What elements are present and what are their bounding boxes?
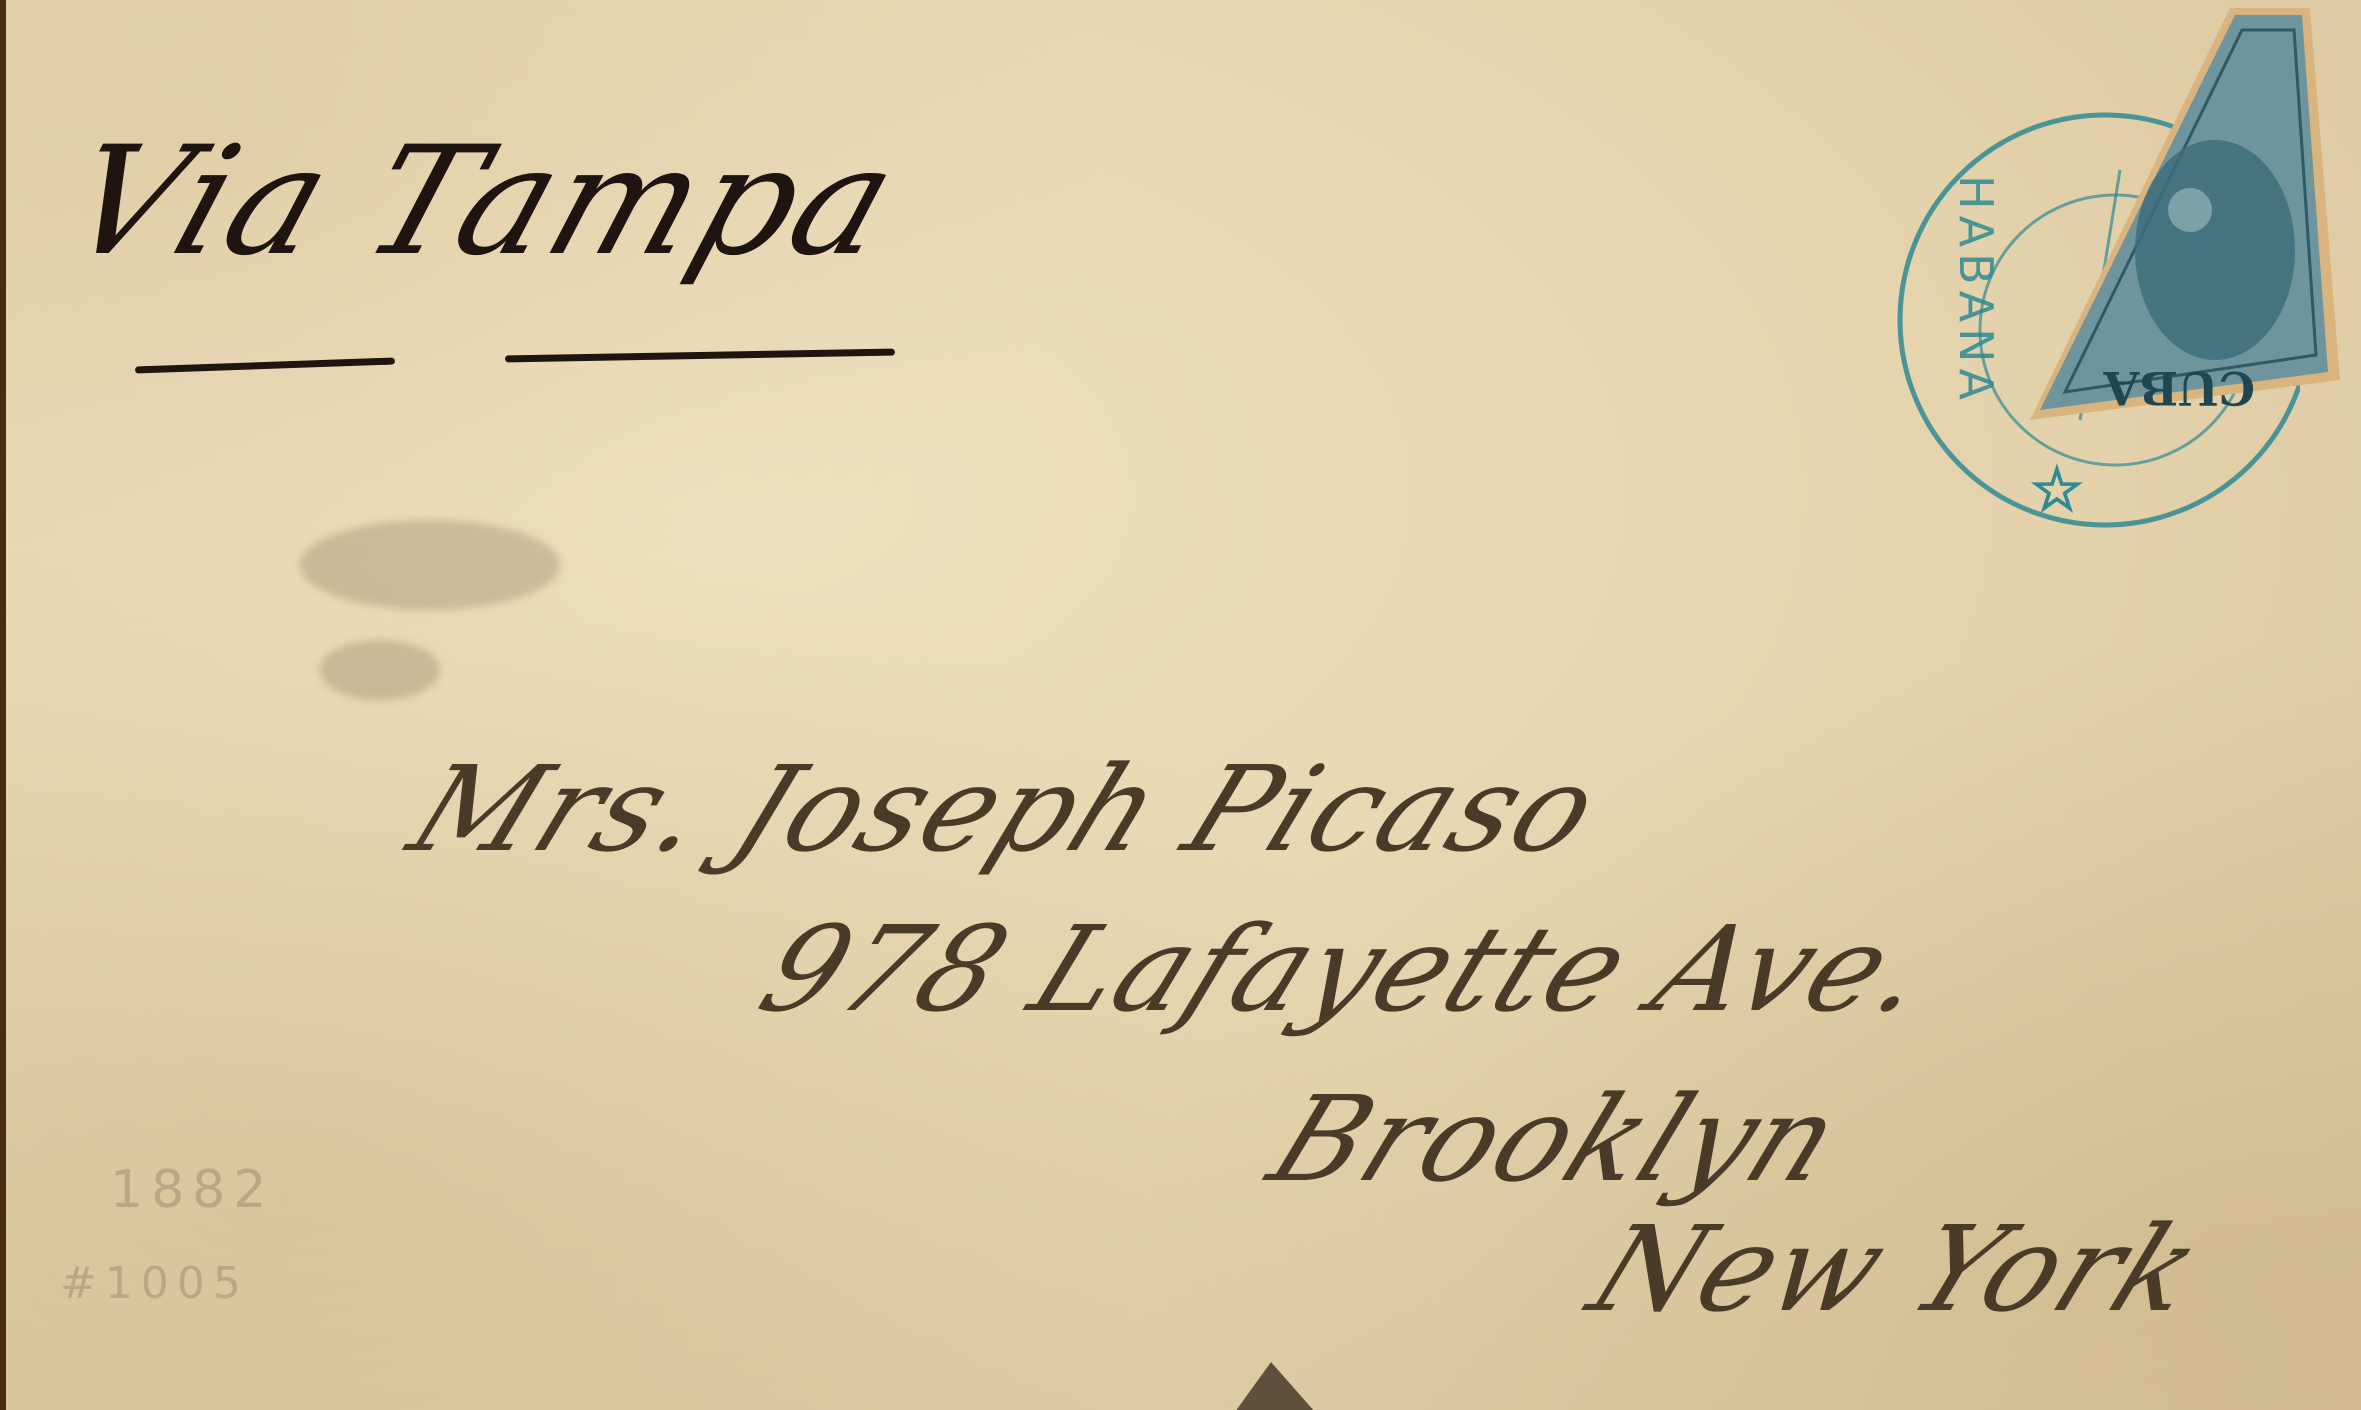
envelope-edge xyxy=(0,0,6,1410)
ink-smudge xyxy=(300,520,560,610)
routing-note: Via Tampa xyxy=(47,115,918,289)
address-line-city: Brooklyn xyxy=(1252,1070,1861,1208)
envelope: Via Tampa Mrs. Joseph Picaso 978 Lafayet… xyxy=(0,0,2361,1410)
cuba-bisected-stamp-icon: CUBA xyxy=(2010,0,2350,440)
pencil-note-year: 1882 xyxy=(110,1160,274,1220)
pencil-note-number: #1005 xyxy=(60,1258,249,1309)
ink-stain xyxy=(1235,1362,1315,1410)
ink-smudge xyxy=(320,640,440,700)
address-line-street: 978 Lafayette Ave. xyxy=(742,900,1952,1038)
routing-underline xyxy=(135,357,395,373)
postmark-city: HABANA xyxy=(1949,175,2003,406)
stamp-country: CUBA xyxy=(2102,361,2255,415)
address-line-name: Mrs. Joseph Picaso xyxy=(392,740,1620,878)
postmark-star: ☆ xyxy=(2030,455,2084,525)
routing-underline xyxy=(505,349,895,363)
address-line-state: New York xyxy=(1572,1200,2222,1338)
